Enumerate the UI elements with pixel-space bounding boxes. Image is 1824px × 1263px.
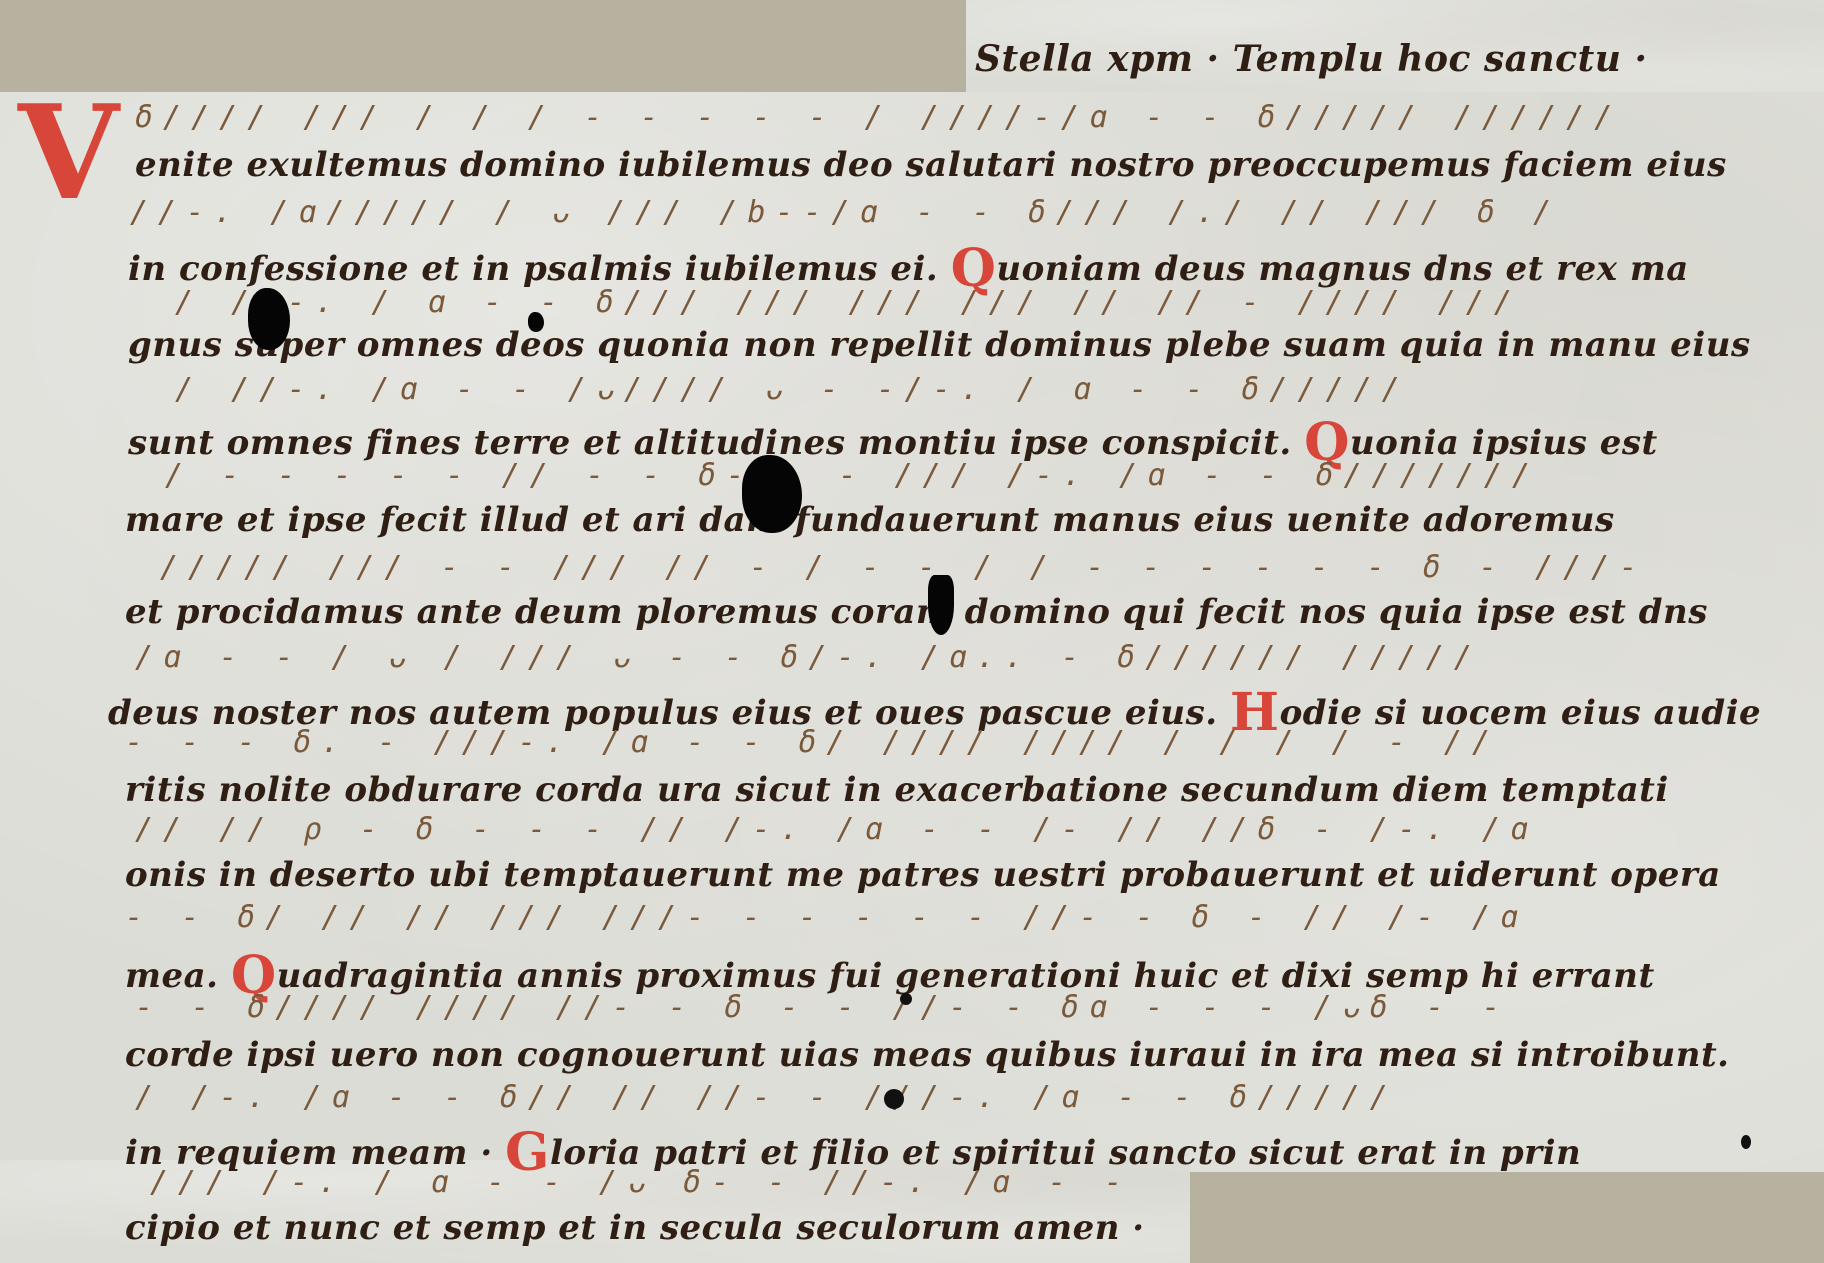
text-line-11: corde ipsi uero non cognouerunt uias mea… [125,1035,1729,1075]
neume-line-6: ///// /// - - /// // - / - - / / - - - -… [160,550,1647,585]
neume-line-10: - - δ/ // // /// ///- - - - - - //- - δ … [125,900,1528,935]
text-segment: sunt omnes fines terre et altitudines mo… [128,423,1292,463]
neume-line-2: //-. /ɑ///// / ᴗ /// /b--/ɑ - - δ/// /./… [130,195,1561,230]
neume-line-9: // // ρ - δ - - - // /-. /ɑ - - /- // //… [135,812,1538,847]
background-corner [1190,1172,1824,1263]
big-initial-v: V [18,88,119,218]
text-line-3: gnus super omnes deos quonia non repelli… [128,325,1751,365]
neume-line-11: - - δ//// //// //- - δ - - //- - δɑ - - … [135,990,1510,1025]
parchment-hole [742,455,802,533]
neume-line-12: / /-. /ɑ - - δ// // //- - ///-. /ɑ - - δ… [135,1080,1398,1115]
parchment-hole [248,288,290,350]
text-segment: uonia ipsius est [1350,423,1658,463]
text-segment: uoniam deus magnus dns et rex ma [996,249,1688,289]
neume-line-5: / - - - - - // - - δ- - - /// /-. /ɑ - -… [165,458,1540,493]
neume-line-7: /ɑ - - / ᴗ / /// ᴗ - - δ/-. /ɑ.. - δ////… [135,640,1482,675]
neume-line-1: δ//// /// / / / - - - - - / ////-/ɑ - - … [135,100,1622,135]
ink-spot [884,1089,904,1109]
neume-line-3: / //-. / ɑ - - δ/// /// /// /// // // - … [175,285,1522,320]
text-line-5: mare et ipse fecit illud et ari dam fund… [125,500,1615,540]
text-line-9: onis in deserto ubi temptauerunt me patr… [125,855,1721,895]
text-segment: in confessione et in psalmis iubilemus e… [128,249,938,289]
header-line: Stella xpm · Templu hoc sanctu · [975,38,1647,80]
text-line-13: cipio et nunc et semp et in secula secul… [125,1208,1145,1248]
parchment-hole [928,575,954,635]
neume-line-13: /// /-. / ɑ - - /ᴗ δ- - //-. /ɑ - - [150,1165,1132,1200]
neume-line-8: - - - δ. - ///-. /ɑ - - δ/ //// //// / /… [125,725,1500,760]
text-line-6: et procidamus ante deum ploremus coram d… [125,592,1708,632]
text-line-8: ritis nolite obdurare corda ura sicut in… [125,770,1669,810]
ink-spot [900,993,912,1005]
neume-line-4: / //-. /ɑ - - /ᴗ//// ᴗ - -/-. / ɑ - - δ/… [175,372,1410,407]
parchment-hole [528,312,544,332]
text-line-1: enite exultemus domino iubilemus deo sal… [135,145,1727,185]
ink-spot [1741,1135,1751,1149]
